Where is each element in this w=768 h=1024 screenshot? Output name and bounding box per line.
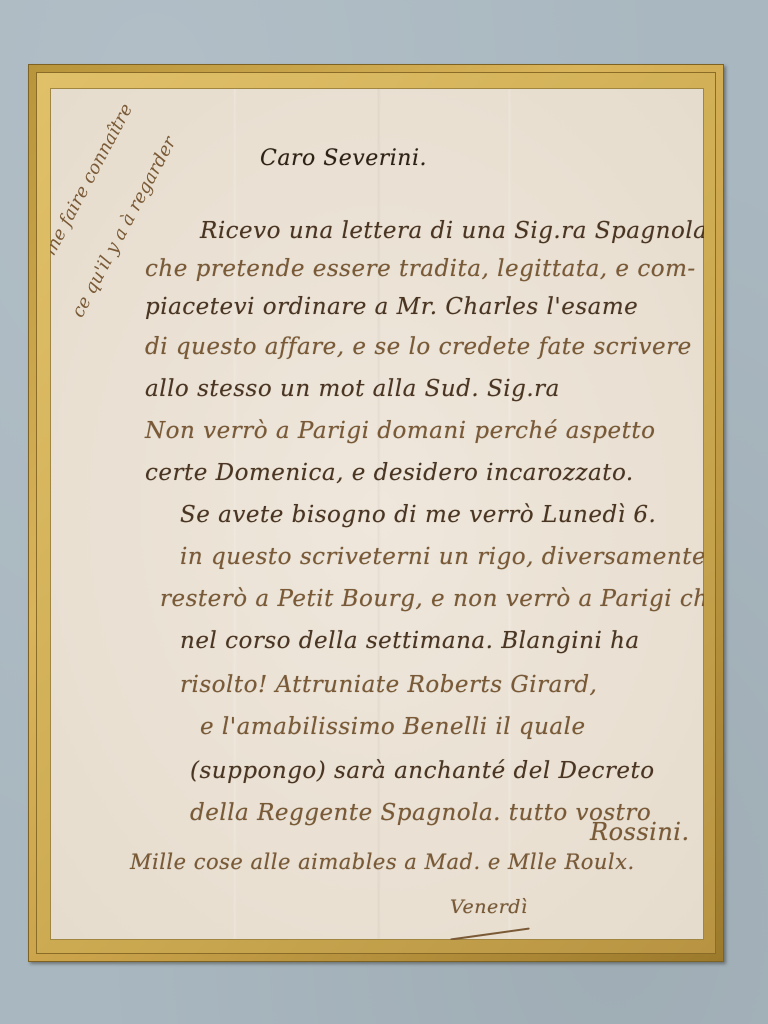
letter-line-11: nel corso della settimana. Blangini ha — [180, 628, 640, 654]
margin-note-line-2: ce qu'il y a à regarder — [67, 133, 180, 321]
letter-line-13: e l'amabilissimo Benelli il quale — [200, 714, 586, 740]
letter-line-3: piacetevi ordinare a Mr. Charles l'esame — [145, 294, 638, 320]
mat-board: me faire connaître ce qu'il y a à regard… — [0, 0, 768, 1024]
dateline-underline — [450, 927, 529, 940]
letter-line-10: resterò a Petit Bourg, e non verrò a Par… — [160, 586, 704, 612]
letter-line-16: Mille cose alle aimables a Mad. e Mlle R… — [130, 850, 635, 874]
letter-line-2: che pretende essere tradita, legittata, … — [145, 256, 696, 282]
gold-frame: me faire connaître ce qu'il y a à regard… — [28, 64, 724, 962]
letter-paper: me faire connaître ce qu'il y a à regard… — [50, 88, 704, 940]
letter-line-1: Ricevo una lettera di una Sig.ra Spagnol… — [200, 218, 704, 244]
letter-line-4: di questo affare, e se lo credete fate s… — [145, 334, 692, 360]
letter-line-14: (suppongo) sarà anchanté del Decreto — [190, 758, 655, 784]
letter-line-7: certe Domenica, e desidero incarozzato. — [145, 460, 634, 486]
letter-line-6: Non verrò a Parigi domani perché aspetto — [145, 418, 655, 444]
dateline: Venerdì — [450, 896, 528, 918]
salutation: Caro Severini. — [260, 146, 427, 171]
letter-line-5: allo stesso un mot alla Sud. Sig.ra — [145, 376, 560, 402]
signature: Rossini. — [590, 818, 690, 846]
letter-line-8: Se avete bisogno di me verrò Lunedì 6. — [180, 502, 656, 528]
letter-line-9: in questo scriveterni un rigo, diversame… — [180, 544, 704, 570]
letter-line-15: della Reggente Spagnola. tutto vostro — [190, 800, 651, 826]
letter-line-12: risolto! Attruniate Roberts Girard, — [180, 672, 597, 698]
gold-frame-inner-bevel: me faire connaître ce qu'il y a à regard… — [36, 72, 716, 954]
